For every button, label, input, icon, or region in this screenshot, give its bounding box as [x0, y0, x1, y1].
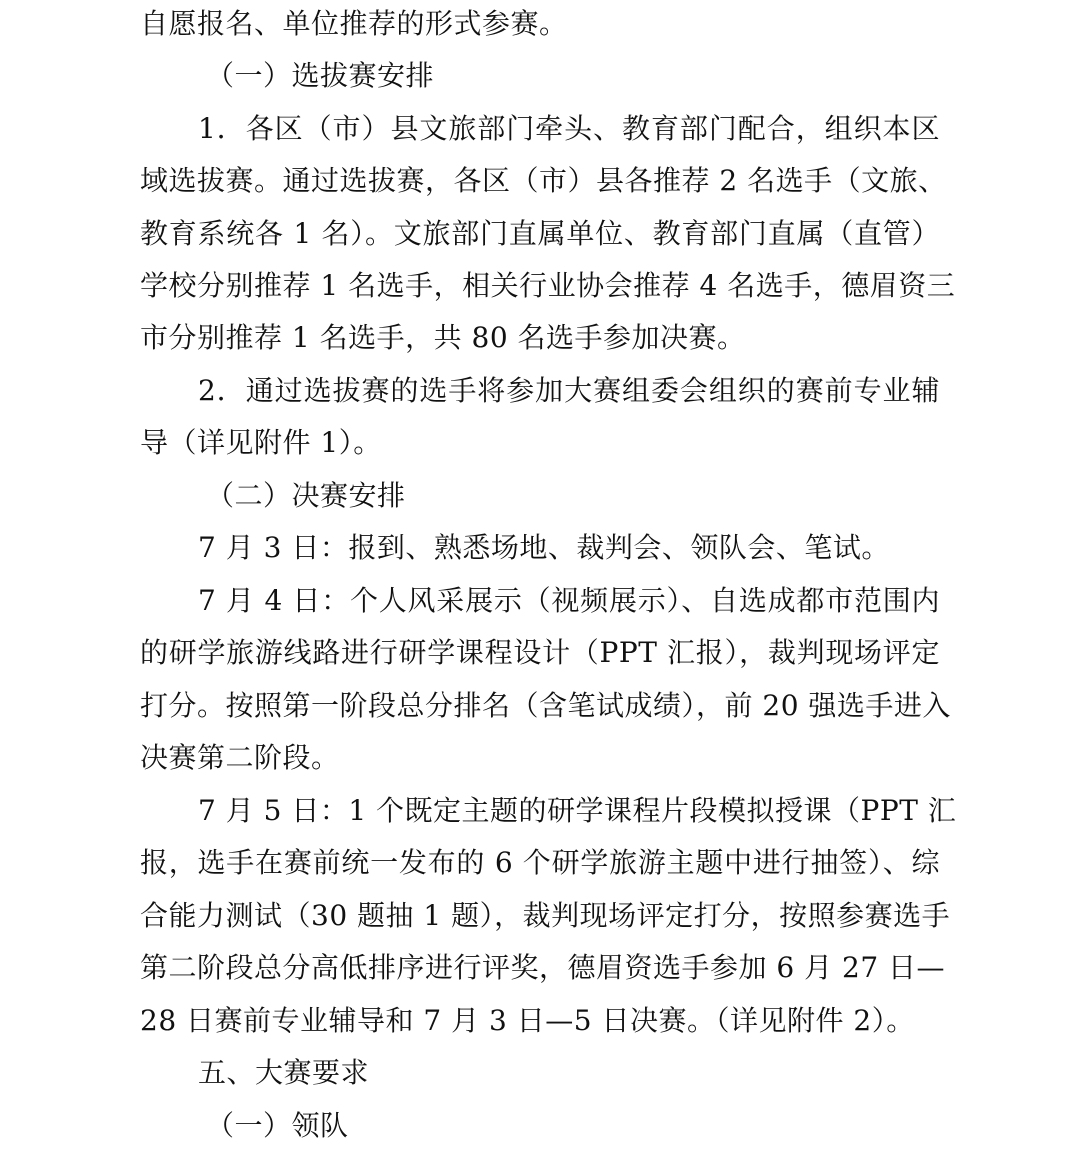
paragraph-line: 1．各区（市）县文旅部门牵头、教育部门配合，组织本区 [198, 111, 940, 147]
subheading-final-arrangement: （二）决赛安排 [206, 478, 1006, 514]
paragraph-line: 决赛第二阶段。 [140, 740, 940, 776]
paragraph-line: 28 日赛前专业辅导和 7 月 3 日—5 日决赛。（详见附件 2）。 [140, 1003, 940, 1039]
paragraph-line: 学校分别推荐 1 名选手，相关行业协会推荐 4 名选手，德眉资三 [140, 268, 940, 304]
paragraph-line: 市分别推荐 1 名选手，共 80 名选手参加决赛。 [140, 320, 940, 356]
subheading-selection-arrangement: （一）选拔赛安排 [206, 58, 1006, 94]
paragraph-line: 域选拔赛。通过选拔赛，各区（市）县各推荐 2 名选手（文旅、 [140, 163, 940, 199]
paragraph-line: 第二阶段总分高低排序进行评奖，德眉资选手参加 6 月 27 日— [140, 950, 940, 986]
paragraph-line: 的研学旅游线路进行研学课程设计（PPT 汇报），裁判现场评定 [140, 635, 940, 671]
paragraph-line: 自愿报名、单位推荐的形式参赛。 [140, 6, 940, 42]
paragraph-line: 报，选手在赛前统一发布的 6 个研学旅游主题中进行抽签）、综 [140, 845, 940, 881]
paragraph-line: 合能力测试（30 题抽 1 题），裁判现场评定打分，按照参赛选手 [140, 898, 940, 934]
paragraph-line: 教育系统各 1 名）。文旅部门直属单位、教育部门直属（直管） [140, 216, 940, 252]
document-page: 自愿报名、单位推荐的形式参赛。 （一）选拔赛安排 1．各区（市）县文旅部门牵头、… [0, 0, 1080, 1159]
paragraph-line: 2．通过选拔赛的选手将参加大赛组委会组织的赛前专业辅 [198, 373, 940, 409]
paragraph-line: 打分。按照第一阶段总分排名（含笔试成绩），前 20 强选手进入 [140, 688, 940, 724]
schedule-july-5: 7 月 5 日：1 个既定主题的研学课程片段模拟授课（PPT 汇 [198, 793, 940, 829]
subheading-team-leader: （一）领队 [206, 1108, 1006, 1144]
schedule-july-3: 7 月 3 日：报到、熟悉场地、裁判会、领队会、笔试。 [198, 530, 940, 566]
schedule-july-4: 7 月 4 日：个人风采展示（视频展示）、自选成都市范围内 [198, 583, 940, 619]
heading-competition-requirements: 五、大赛要求 [198, 1055, 998, 1091]
paragraph-line: 导（详见附件 1）。 [140, 425, 940, 461]
